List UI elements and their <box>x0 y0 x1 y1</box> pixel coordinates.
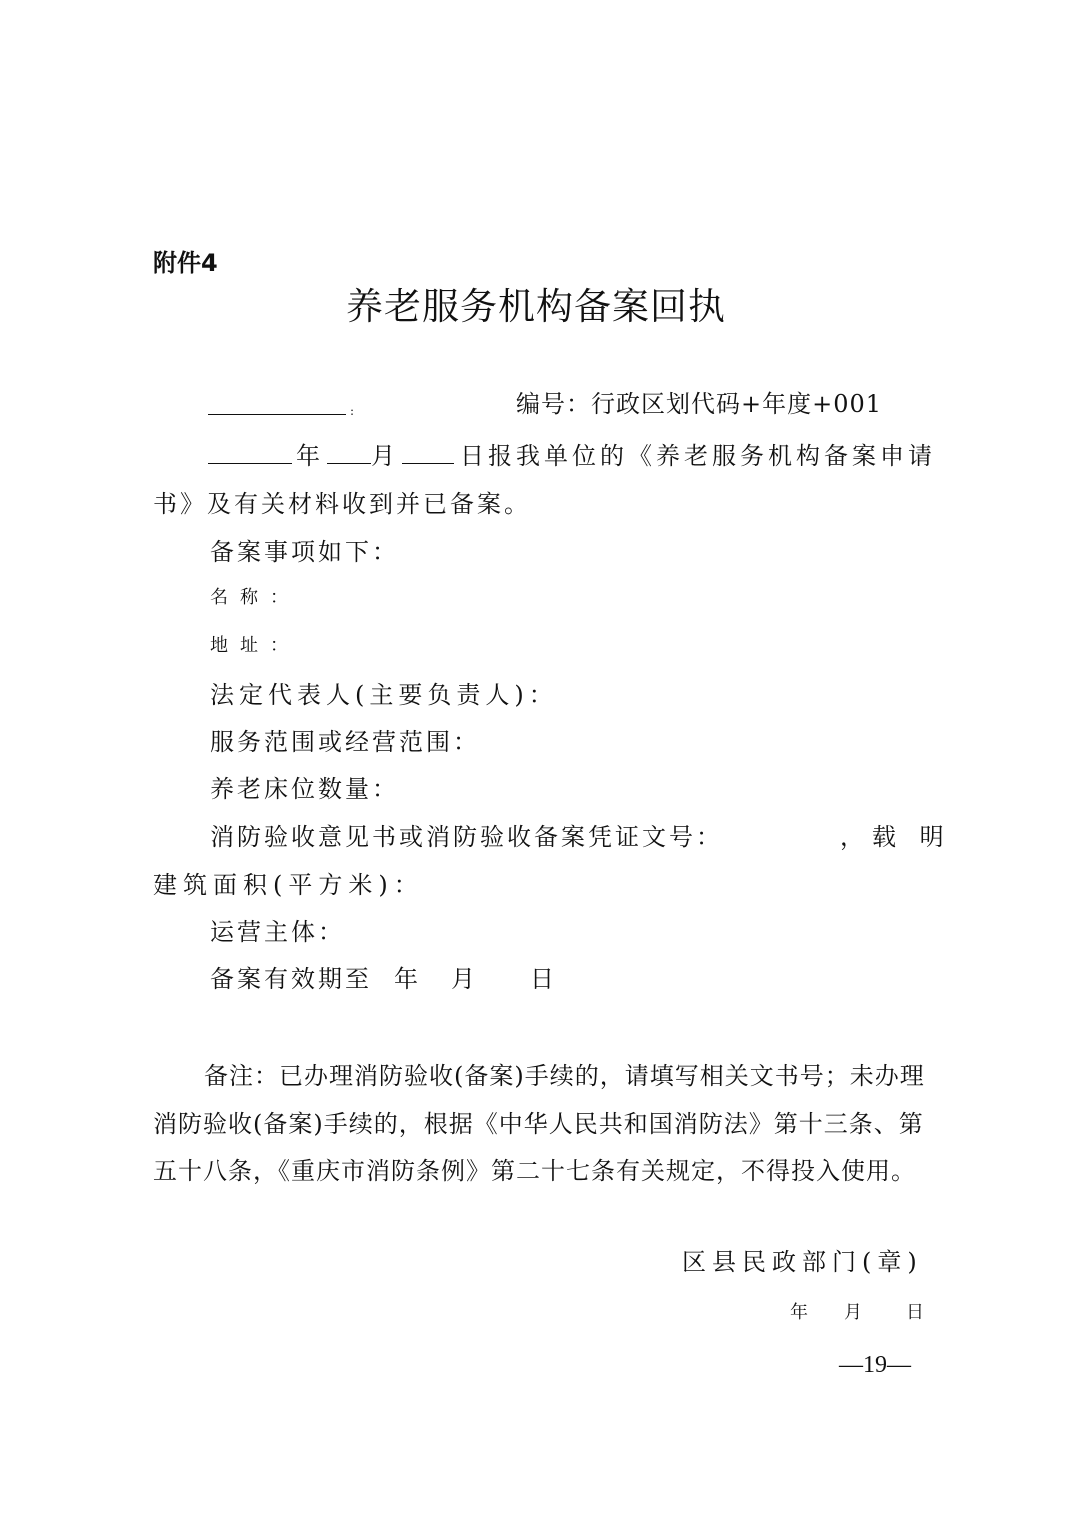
items-heading: 备案事项如下： <box>210 532 399 567</box>
attachment-label: 附件4 <box>153 243 218 278</box>
item-name: 名称： <box>210 583 300 609</box>
addressee-line: : <box>208 392 354 420</box>
item-address: 地址： <box>210 631 300 657</box>
note-line-1: 备注：已办理消防验收(备案)手续的，请填写相关文书号；未办理 <box>204 1056 925 1091</box>
signature-year: 年 <box>790 1302 808 1323</box>
item-operator: 运营主体： <box>210 912 345 947</box>
item-fire-doc: 消防验收意见书或消防验收备案凭证文号： <box>210 817 723 852</box>
serial-number: 编号：行政区划代码+年度+001 <box>516 384 882 419</box>
month-blank <box>327 441 371 464</box>
intro-year: 年 <box>296 442 323 470</box>
signature-month: 月 <box>844 1302 862 1323</box>
item-fire-doc-tail: ，载 明 <box>840 817 952 852</box>
signature-day: 日 <box>906 1302 924 1323</box>
item-bed-count: 养老床位数量： <box>210 769 399 804</box>
validity-label: 备案有效期至 <box>210 965 372 993</box>
intro-line-2: 书》及有关材料收到并已备案。 <box>153 484 531 519</box>
signature-date: 年月日 <box>790 1298 924 1324</box>
item-validity: 备案有效期至年月日 <box>210 959 557 994</box>
issuing-department: 区县民政部门(章) <box>682 1242 923 1277</box>
day-blank <box>402 441 454 464</box>
validity-day: 日 <box>530 965 557 993</box>
validity-year: 年 <box>394 965 421 993</box>
document-title: 养老服务机构备案回执 <box>346 276 726 330</box>
page-number: —19— <box>839 1352 911 1379</box>
year-blank <box>208 441 292 464</box>
addressee-blank <box>208 392 346 415</box>
note-line-2: 消防验收(备案)手续的，根据《中华人民共和国消防法》第十三条、第 <box>153 1104 924 1139</box>
item-legal-rep: 法定代表人(主要负责人)： <box>210 675 558 710</box>
item-floor-area: 建筑面积(平方米)： <box>153 865 424 900</box>
intro-rest: 日报我单位的《养老服务机构备案申请 <box>460 442 936 470</box>
intro-line-1: 年月日报我单位的《养老服务机构备案申请 <box>208 436 936 471</box>
validity-month: 月 <box>451 965 478 993</box>
item-service-scope: 服务范围或经营范围： <box>210 722 480 757</box>
intro-month: 月 <box>371 442 398 470</box>
note-line-3: 五十八条，《重庆市消防条例》第二十七条有关规定，不得投入使用。 <box>153 1151 916 1186</box>
addressee-colon: : <box>350 404 354 418</box>
